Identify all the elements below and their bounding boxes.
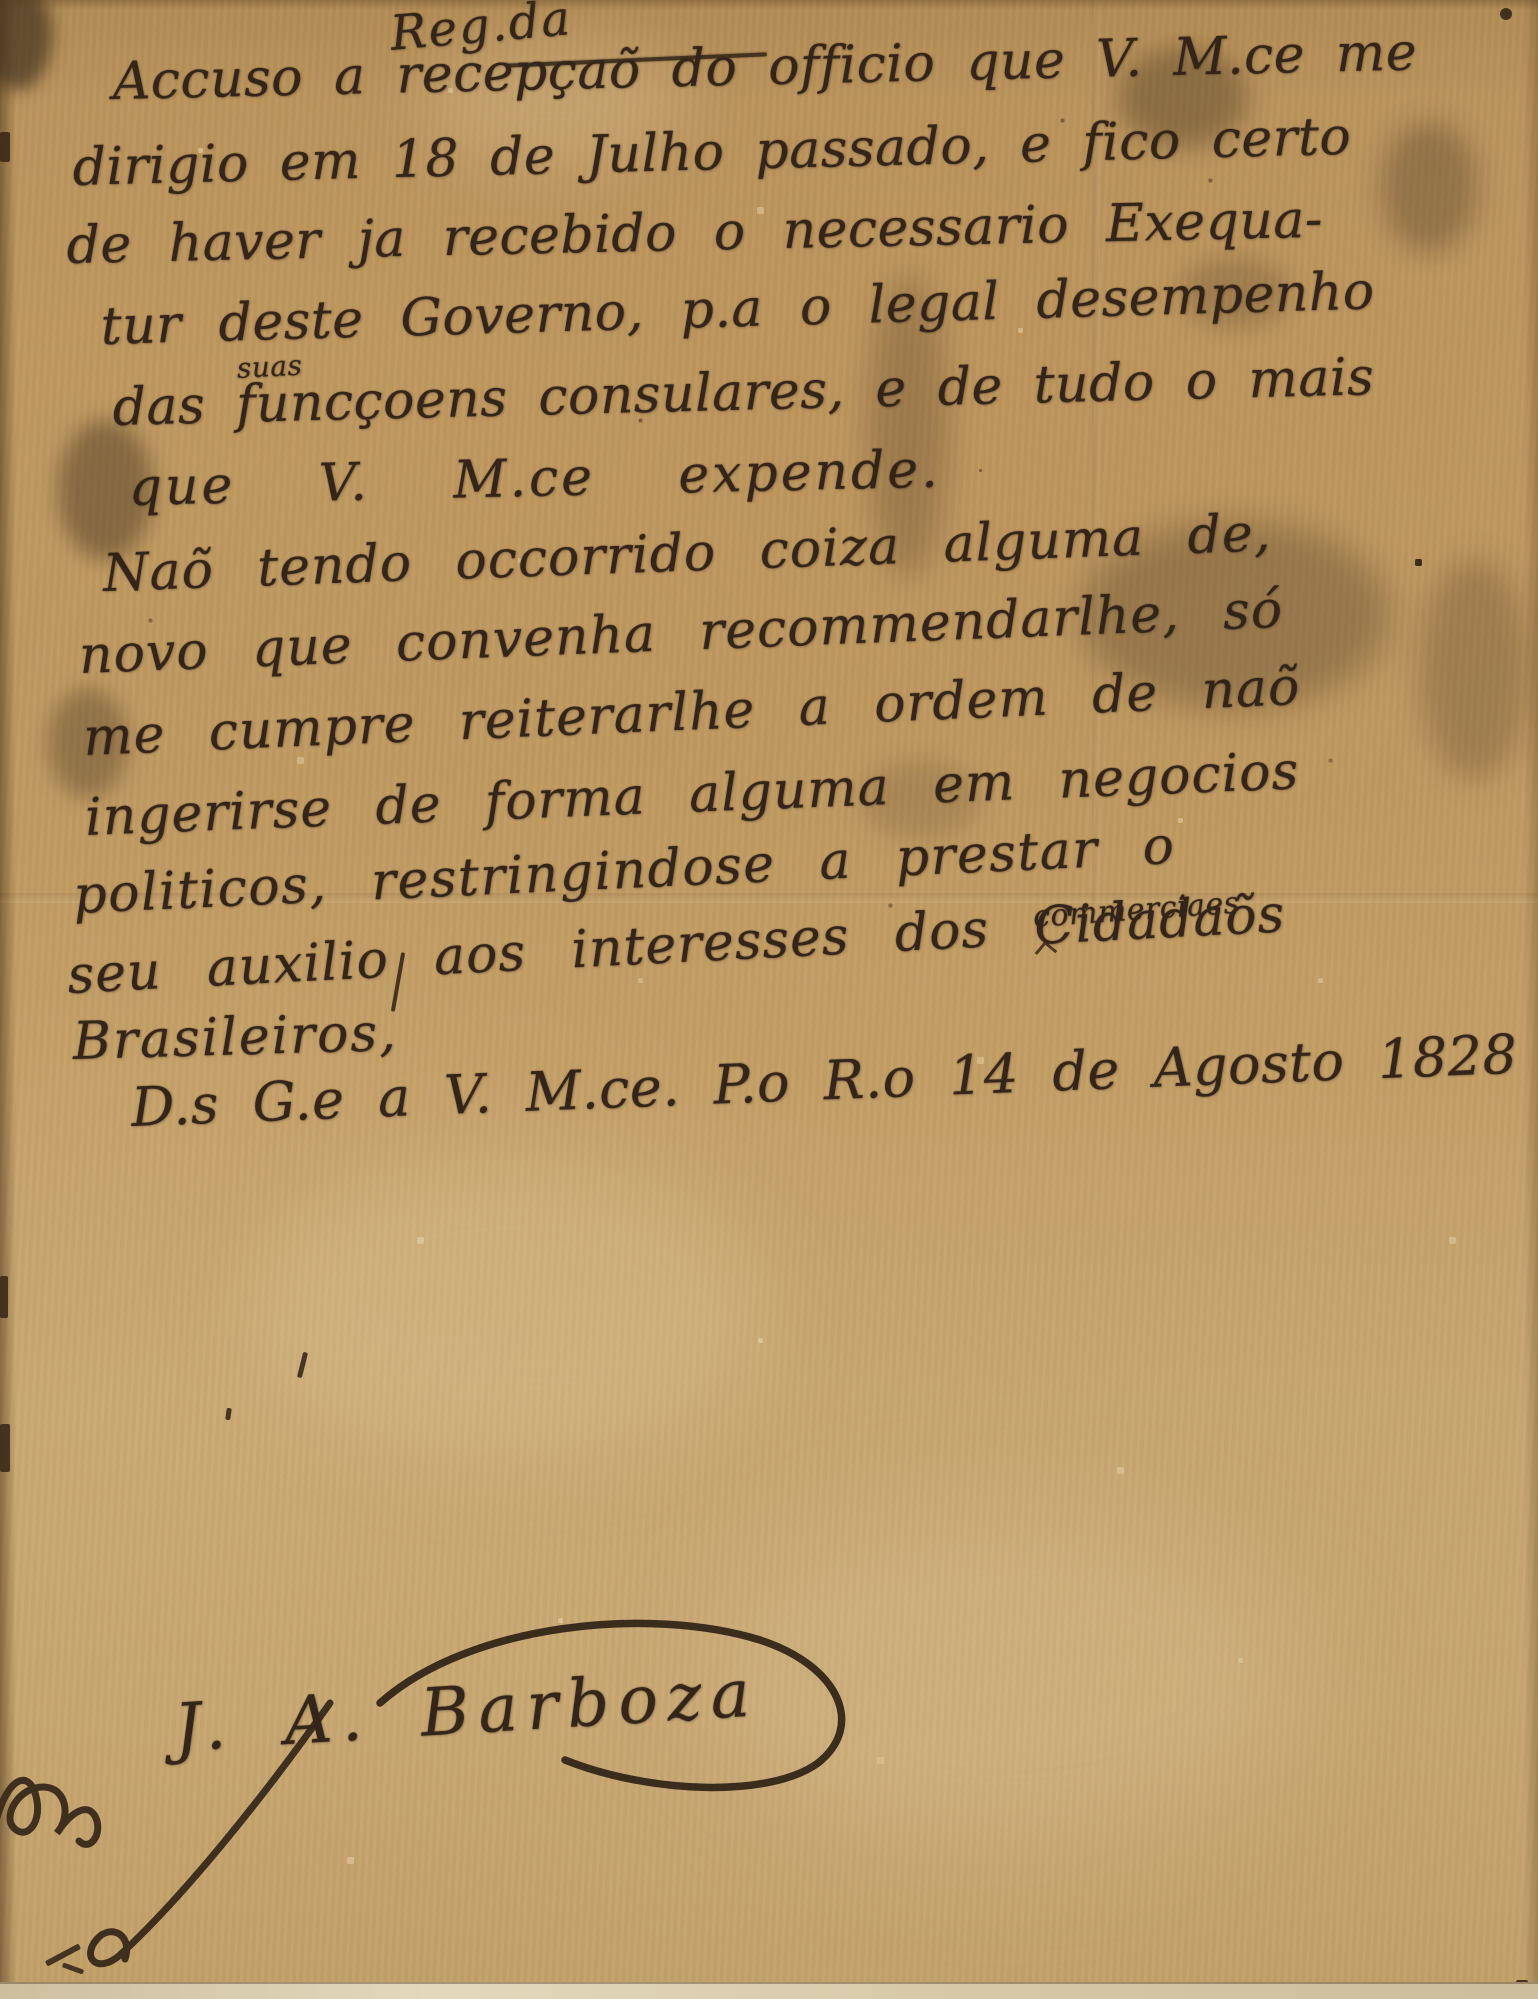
signature-flourish-oval <box>320 1598 880 1813</box>
scan-bottom-strip <box>0 1982 1538 1999</box>
letter-line-6: que V. M.ce expende. <box>128 440 941 518</box>
letter-line-1: Accuso a recepçaõ do officio que V. M.ce… <box>112 22 1418 112</box>
interlinear-insertion-suas: suas <box>236 349 303 385</box>
letter-line-3: de haver ja recebido o necessario Exequa… <box>66 190 1323 276</box>
page-right-edge-shadow <box>1524 0 1538 1999</box>
stray-pen-mark <box>297 1352 308 1378</box>
page-top-edge-shadow <box>0 0 1538 10</box>
ink-stain <box>1382 122 1477 252</box>
manuscript-letter-page: Reg.da Accuso a recepçaõ do officio que … <box>0 0 1538 1999</box>
page-left-edge-shadow <box>0 0 16 1999</box>
stray-pen-mark <box>225 1408 232 1421</box>
letter-line-4: tur deste Governo, p.a o legal desempenh… <box>100 261 1375 357</box>
letter-line-13: Brasileiros, <box>72 1003 398 1072</box>
letter-line-2: dirigio em 18 de Julho passado, e fico c… <box>72 107 1352 198</box>
ink-stain <box>1420 560 1530 780</box>
light-patch <box>250 1150 770 1460</box>
